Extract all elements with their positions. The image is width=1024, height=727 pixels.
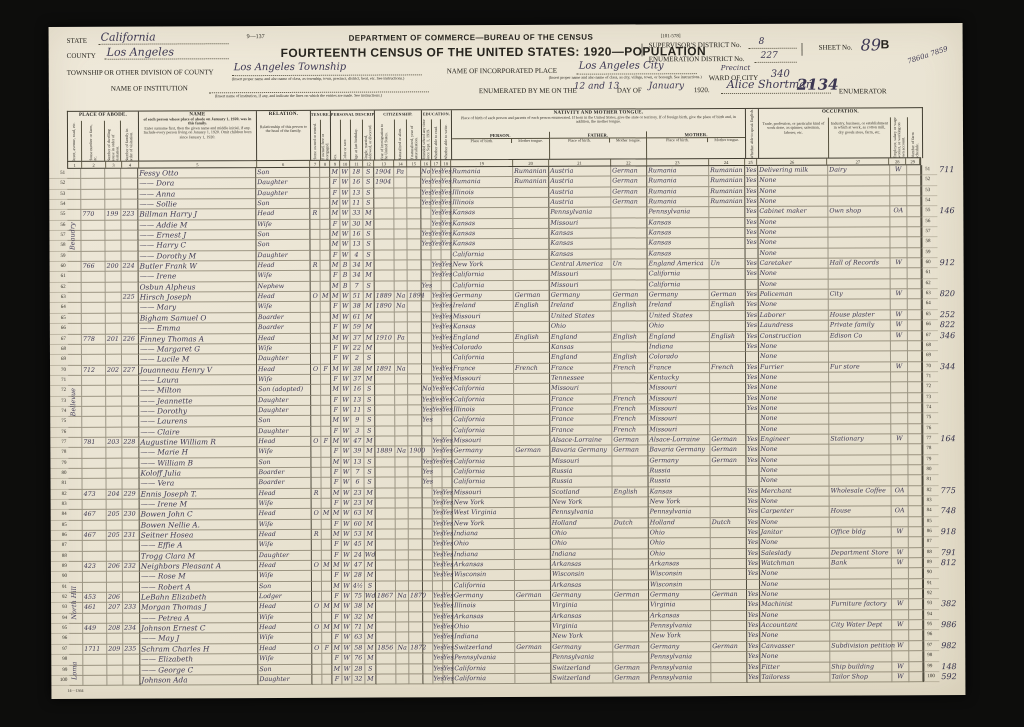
cell-eng: Yes — [746, 373, 759, 383]
cell-mtg — [322, 664, 332, 674]
cell-pb: California — [452, 467, 514, 478]
cell-rel: Wife — [258, 613, 312, 624]
county-rule — [105, 58, 229, 60]
cell-fam — [121, 169, 138, 179]
cell-sex: F — [331, 354, 341, 364]
cell-mb: Pennsylvania — [649, 507, 711, 518]
cell-age: 63 — [352, 509, 365, 519]
cell-fam — [123, 655, 140, 665]
col-employment-class-label: Employer, salary or wage worker, or work… — [893, 117, 906, 158]
cell-pb: California — [452, 426, 514, 437]
cell-mar: S — [363, 240, 374, 250]
cell-sex: M — [332, 509, 342, 519]
cell-sch: Yes — [422, 405, 432, 415]
cell-rel: Wife — [257, 344, 311, 355]
cell-col: W — [341, 406, 351, 416]
column-number: 18 — [441, 160, 451, 166]
cell-cls — [891, 465, 908, 475]
cell-sex: F — [332, 571, 342, 581]
cell-ten — [310, 199, 320, 209]
col-age-label: Age at last birthday. — [354, 120, 358, 161]
cell-wr: Yes — [443, 571, 453, 581]
cell-mar: M — [365, 654, 376, 664]
cell-pb: Missouri — [452, 312, 514, 323]
cell-rel: Son — [258, 664, 312, 675]
cell-name: Butler Frank W — [139, 261, 257, 272]
cell-pt — [513, 229, 549, 240]
cell-eng: Yes — [747, 569, 760, 579]
cell-eng: Yes — [747, 600, 760, 610]
cell-mtg — [322, 582, 332, 592]
cell-sex: M — [331, 292, 341, 302]
cell-name: —— Jeannette — [139, 396, 257, 407]
cell-pt — [514, 425, 550, 436]
cell-sch: Yes — [422, 395, 432, 405]
cell-col: W — [341, 323, 351, 333]
cell-wr: Yes — [442, 312, 452, 322]
cell-ind — [830, 651, 892, 662]
cell-mb: Ohio — [649, 528, 711, 539]
cell-pb: Missouri — [452, 374, 514, 385]
line-number-left: 89 — [51, 562, 69, 572]
cell-wr: Yes — [443, 529, 453, 539]
cell-street — [69, 531, 83, 541]
cell-natyr — [408, 385, 422, 395]
margin-code: 820 — [938, 289, 964, 299]
cell-name: —— Robert A — [140, 582, 258, 593]
cell-pb: Illinois — [451, 188, 513, 199]
cell-pt — [514, 260, 550, 271]
cell-natyr: 1894 — [408, 291, 422, 301]
cell-mb: United States — [648, 311, 710, 322]
cell-rd: Yes — [433, 550, 443, 560]
cell-mt — [711, 652, 747, 663]
cell-fam — [122, 469, 139, 479]
cell-age: 7 — [351, 468, 364, 478]
cell-natyr — [408, 436, 422, 446]
cell-street — [68, 438, 82, 448]
cell-wr: Yes — [442, 291, 452, 301]
cell-farm — [908, 403, 922, 413]
cell-rd: Yes — [432, 302, 442, 312]
cell-natyr — [407, 198, 421, 208]
cell-ind — [828, 238, 890, 249]
cell-house: 778 — [82, 334, 106, 344]
cell-mb: Wisconsin — [649, 580, 711, 591]
cell-pt — [515, 601, 551, 612]
cell-farm — [909, 507, 923, 517]
cell-mt: English — [710, 331, 746, 342]
cell-nat — [396, 602, 409, 612]
cell-wr: Yes — [442, 343, 452, 353]
cell-fb: Missouri — [550, 280, 612, 291]
cell-ind — [830, 579, 892, 590]
cell-occ: Carpenter — [760, 507, 830, 518]
cell-farm — [907, 227, 921, 237]
cell-col: W — [342, 499, 352, 509]
cell-dw: 209 — [107, 644, 123, 654]
cell-fam — [123, 593, 140, 603]
line-number-right: 94 — [923, 610, 939, 620]
cell-mt: Dutch — [711, 518, 747, 529]
cell-dw — [105, 169, 121, 179]
cell-farm — [909, 538, 923, 548]
cell-fam — [123, 582, 140, 592]
enumeration-district-value: 227 — [761, 51, 778, 61]
cell-nat: Na — [395, 364, 408, 374]
cell-sch: Yes — [422, 457, 432, 467]
cell-age: 37 — [351, 374, 364, 384]
cell-farm — [908, 279, 922, 289]
cell-mb: New York — [649, 632, 711, 643]
cell-wr: Yes — [443, 591, 453, 601]
cell-imm — [376, 478, 396, 488]
cell-name: —— Margaret G — [139, 344, 257, 355]
cell-age: 13 — [351, 395, 364, 405]
cell-ind — [829, 393, 891, 404]
incorporated-note: (Insert proper name and also name of cla… — [549, 75, 709, 80]
cell-eng: Yes — [747, 497, 760, 507]
cell-natyr — [407, 188, 421, 198]
cell-dw — [106, 293, 122, 303]
cell-eng: Yes — [746, 342, 759, 352]
cell-ten — [312, 478, 322, 488]
cell-mar: M — [364, 374, 375, 384]
line-number-right: 100 — [923, 672, 939, 682]
institution-note: (Insert name of institution, if any, and… — [215, 93, 445, 98]
right-brace: | — [801, 42, 804, 58]
cell-age: 47 — [352, 561, 365, 571]
cell-mt — [711, 662, 747, 673]
cell-house — [82, 272, 106, 282]
cell-cls: OA — [892, 507, 909, 517]
cell-name: Koloff Julia — [139, 468, 257, 479]
cell-fb: United States — [550, 311, 612, 322]
cell-sex: M — [330, 240, 340, 250]
cell-mtg — [320, 199, 330, 209]
cell-nat — [396, 571, 409, 581]
cell-imm — [376, 540, 396, 550]
cell-name: Hirsch Joseph — [139, 292, 257, 303]
county-label: COUNTY — [67, 52, 96, 60]
cell-nat — [395, 395, 408, 405]
cell-house — [83, 634, 107, 644]
cell-col: W — [342, 592, 352, 602]
cell-natyr — [408, 343, 422, 353]
cell-mar: S — [364, 416, 375, 426]
cell-ind — [829, 352, 891, 363]
cell-sch — [422, 302, 432, 312]
cell-sex: M — [332, 602, 342, 612]
cell-cls — [891, 269, 908, 279]
cell-name: Neighbors Pleasant A — [140, 561, 258, 572]
cell-wr — [442, 426, 452, 436]
cell-occ: None — [760, 538, 830, 549]
line-number-right: 52 — [921, 175, 937, 185]
cell-rd — [432, 281, 442, 291]
column-number: 11 — [350, 161, 363, 167]
line-number-left: 91 — [51, 583, 69, 593]
cell-mtg: M — [322, 623, 332, 633]
cell-pb: Pennsylvania — [453, 653, 515, 664]
cell-rd: Yes — [433, 674, 443, 684]
cell-age: 32 — [352, 612, 365, 622]
cell-street — [68, 458, 82, 468]
cell-sex: F — [331, 395, 341, 405]
cell-natyr — [408, 374, 422, 384]
cell-wr: Yes — [443, 540, 453, 550]
cell-name: Finney Thomas A — [139, 334, 257, 345]
cell-sch — [423, 591, 433, 601]
cell-ten: R — [310, 209, 320, 219]
cell-rd: Yes — [433, 653, 443, 663]
cell-mb: Rumania — [647, 187, 709, 198]
cell-rel: Head — [258, 644, 312, 655]
cell-mtg — [322, 675, 332, 685]
margin-code: 986 — [939, 620, 965, 630]
cell-sex: F — [331, 250, 341, 260]
cell-name: Osbun Alpheus — [139, 282, 257, 293]
cell-ind — [830, 610, 892, 621]
cell-name: Fessy Otto — [138, 168, 256, 179]
cell-mb: Kansas — [647, 239, 709, 250]
line-number-right: 51 — [921, 165, 937, 175]
line-number-right: 92 — [923, 589, 939, 599]
cell-nat: Na — [396, 592, 409, 602]
cell-nat — [394, 198, 407, 208]
cell-wr — [442, 467, 452, 477]
line-number-left: 52 — [49, 179, 67, 189]
cell-fam: 233 — [123, 603, 140, 613]
cell-rd: Yes — [433, 664, 443, 674]
cell-rd: Yes — [432, 385, 442, 395]
cell-rd: Yes — [432, 291, 442, 301]
cell-age: 13 — [351, 457, 364, 467]
cell-house: 781 — [82, 438, 106, 448]
cell-nat — [395, 385, 408, 395]
cell-mt — [711, 549, 747, 560]
cell-imm — [376, 654, 396, 664]
cell-occ: None — [759, 424, 829, 435]
cell-ft — [613, 580, 649, 591]
cell-natyr — [409, 654, 423, 664]
margin-code — [939, 610, 965, 620]
cell-pt — [514, 322, 550, 333]
cell-ten — [310, 178, 320, 188]
cell-sex: F — [332, 613, 342, 623]
cell-dw — [105, 241, 121, 251]
cell-eng: Yes — [746, 404, 759, 414]
cell-fb: Ohio — [551, 529, 613, 540]
cell-mb: Colorado — [648, 352, 710, 363]
cell-ten — [311, 302, 321, 312]
cell-fb: Austria — [549, 187, 611, 198]
cell-nat — [395, 426, 408, 436]
cell-col: W — [341, 250, 351, 260]
cell-wr: Yes — [442, 322, 452, 332]
col-naturalization-year-label: If naturalized, year of naturalization. — [410, 119, 419, 160]
cell-eng: Yes — [746, 259, 759, 269]
cell-mar: M — [365, 633, 376, 643]
col-trade-label: Trade, profession, or particular kind of… — [759, 118, 828, 135]
cell-mt — [710, 352, 746, 363]
cell-rel: Daughter — [257, 426, 311, 437]
cell-pt — [515, 550, 551, 561]
cell-cls — [890, 186, 907, 196]
cell-fam — [122, 448, 139, 458]
cell-mb: Missouri — [648, 383, 710, 394]
cell-mt — [711, 487, 747, 498]
cell-mb: Germany — [648, 290, 710, 301]
cell-occ: None — [759, 248, 829, 259]
cell-natyr — [408, 416, 422, 426]
cell-eng: Yes — [747, 487, 760, 497]
cell-natyr — [409, 674, 423, 684]
cell-fb: Missouri — [550, 384, 612, 395]
cell-mb: Kansas — [648, 249, 710, 260]
cell-cls — [892, 589, 909, 599]
cell-col: W — [341, 426, 351, 436]
cell-eng: Yes — [747, 559, 760, 569]
cell-rel: Boarder — [257, 313, 311, 324]
cell-fb: New York — [551, 498, 613, 509]
cell-eng — [746, 424, 759, 434]
cell-age: 4 — [351, 250, 364, 260]
cell-imm — [376, 571, 396, 581]
cell-dw: 203 — [106, 438, 122, 448]
day-of-label: DAY OF — [617, 86, 642, 94]
cell-fam — [122, 313, 139, 323]
cell-eng: Yes — [746, 300, 759, 310]
line-number-left: 57 — [49, 231, 67, 241]
cell-house: 467 — [83, 531, 107, 541]
cell-mt — [711, 476, 747, 487]
cell-mar: M — [365, 561, 376, 571]
cell-wr: Yes — [442, 260, 452, 270]
cell-house — [81, 241, 105, 251]
cell-mar: S — [363, 199, 374, 209]
cell-natyr — [409, 498, 423, 508]
cell-fb: France — [550, 425, 612, 436]
cell-occ: None — [760, 652, 830, 663]
margin-code — [938, 299, 964, 309]
cell-rel: Head — [258, 509, 312, 520]
cell-rel: Son — [256, 199, 310, 210]
cell-ten — [311, 313, 321, 323]
margin-code — [938, 455, 964, 465]
cell-farm — [909, 641, 923, 651]
cell-ft — [613, 539, 649, 550]
cell-sch — [423, 581, 433, 591]
cell-mb: England — [648, 332, 710, 343]
cell-house — [83, 665, 107, 675]
cell-sch: Yes — [422, 467, 432, 477]
cell-pt — [515, 653, 551, 664]
line-number-left: 98 — [51, 655, 69, 665]
cell-farm — [909, 517, 923, 527]
line-number-left: 75 — [50, 417, 68, 427]
line-number-right: 87 — [923, 537, 939, 547]
header-nativity: NATIVITY AND MOTHER TONGUE. Place of bir… — [452, 109, 746, 160]
cell-farm — [908, 310, 922, 320]
cell-house: 770 — [81, 210, 105, 220]
cell-ten — [311, 354, 321, 364]
cell-farm — [908, 362, 922, 372]
cell-mar: S — [363, 188, 374, 198]
cell-eng: Yes — [746, 311, 759, 321]
cell-ft: French — [612, 415, 648, 426]
cell-mtg: F — [321, 364, 331, 374]
cell-eng: Yes — [746, 331, 759, 341]
cell-age: 7 — [351, 281, 364, 291]
cell-sch — [422, 312, 432, 322]
cell-farm — [909, 589, 923, 599]
cell-eng: Yes — [747, 631, 760, 641]
cell-ten — [310, 240, 320, 250]
header-citizenship: CITIZENSHIP. Year of immigration to the … — [375, 110, 422, 160]
cell-eng — [747, 580, 760, 590]
cell-mb: Germany — [648, 456, 710, 467]
father-tongue-label: Mother tongue. — [610, 138, 646, 143]
column-number: 19 — [451, 160, 513, 166]
cell-rd: Yes — [433, 571, 443, 581]
cell-farm — [909, 672, 923, 682]
cell-ind — [829, 403, 891, 414]
cell-wr: Yes — [443, 622, 453, 632]
cell-name: —— Sollie — [138, 199, 256, 210]
cell-occ: None — [759, 466, 829, 477]
cell-rel: Head — [258, 530, 312, 541]
cell-mtg — [321, 323, 331, 333]
cell-ind: Hall of Records — [829, 258, 891, 269]
cell-rd: Yes — [431, 219, 441, 229]
cell-mb: Pennsylvania — [649, 663, 711, 674]
cell-mtg — [321, 385, 331, 395]
cell-wr: Yes — [441, 240, 451, 250]
cell-wr: Yes — [442, 302, 452, 312]
cell-mb: Ohio — [649, 549, 711, 560]
column-number: 14 — [394, 160, 407, 166]
cell-ind — [828, 176, 890, 187]
margin-code — [938, 382, 964, 392]
cell-fb: France — [550, 363, 612, 374]
line-number-left: 95 — [51, 624, 69, 634]
cell-mtg — [322, 488, 332, 498]
cell-sch: Yes — [421, 188, 431, 198]
cell-col: W — [340, 240, 350, 250]
column-number: 9 — [331, 161, 341, 167]
cell-occ: None — [759, 445, 829, 456]
cell-rd: Yes — [433, 488, 443, 498]
cell-eng — [746, 352, 759, 362]
line-number-left: 84 — [51, 510, 69, 520]
cell-age: 2 — [351, 354, 364, 364]
cell-sex: M — [331, 282, 341, 292]
cell-mtg — [321, 468, 331, 478]
cell-imm: 1904 — [374, 167, 394, 177]
cell-sex: F — [332, 478, 342, 488]
cell-fam — [122, 324, 139, 334]
margin-code: 822 — [938, 320, 964, 330]
cell-ft — [613, 653, 649, 664]
cell-mt — [710, 414, 746, 425]
person-pob-label: Place of birth. — [452, 139, 512, 144]
line-number-left: 73 — [50, 396, 68, 406]
cell-pt — [514, 281, 550, 292]
cell-dw: 208 — [107, 624, 123, 634]
cell-rd: Yes — [431, 240, 441, 250]
cell-farm — [908, 382, 922, 392]
